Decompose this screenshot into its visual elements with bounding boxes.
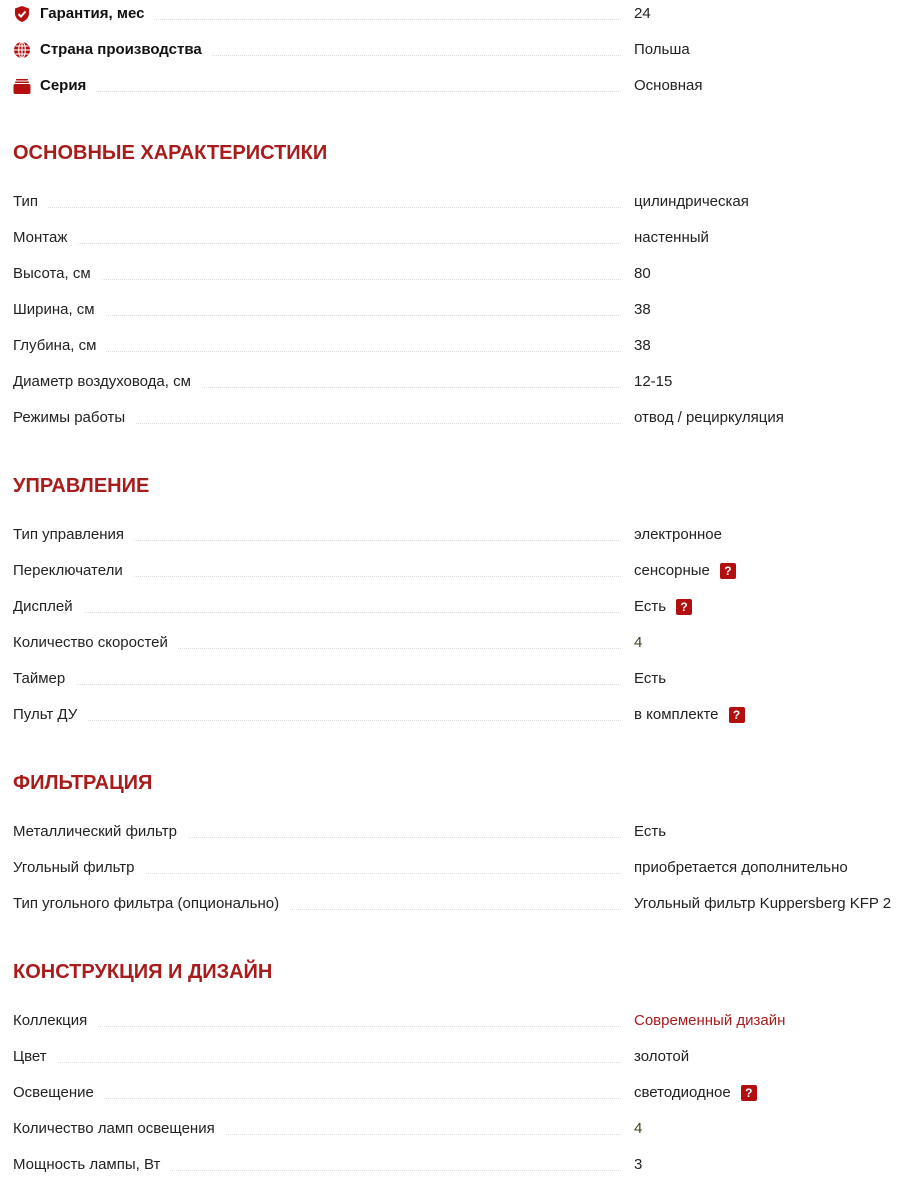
section-title: ФИЛЬТРАЦИЯ bbox=[13, 771, 152, 795]
spec-label-cell: Гарантия, мес bbox=[13, 4, 621, 24]
spec-value-cell: в комплекте? bbox=[634, 705, 745, 725]
spec-label-cell: Освещение bbox=[13, 1083, 621, 1103]
spec-label: Освещение bbox=[13, 1083, 104, 1103]
spec-label: Цвет bbox=[13, 1047, 57, 1067]
spec-label-cell: Диаметр воздуховода, см bbox=[13, 372, 621, 392]
spec-row: Цветзолотой bbox=[13, 1039, 910, 1075]
spec-value: 24 bbox=[634, 4, 651, 24]
spec-label-cell: Тип управления bbox=[13, 525, 621, 545]
spec-label-cell: Страна производства bbox=[13, 40, 621, 60]
spec-label: Монтаж bbox=[13, 228, 77, 248]
spec-value-cell: сенсорные? bbox=[634, 561, 736, 581]
spec-value-cell: 38 bbox=[634, 300, 651, 320]
spec-label-cell: Серия bbox=[13, 76, 621, 96]
spec-value-cell: Современный дизайн bbox=[634, 1011, 785, 1031]
spec-value-cell: 12-15 bbox=[634, 372, 672, 392]
spec-label-cell: Тип bbox=[13, 192, 621, 212]
collection-link[interactable]: Современный дизайн bbox=[634, 1011, 785, 1031]
spec-value-cell: Есть bbox=[634, 822, 666, 842]
spec-row: Угольный фильтрприобретается дополнитель… bbox=[13, 850, 910, 886]
spec-value: 4 bbox=[634, 633, 642, 653]
dotted-leader bbox=[13, 1098, 621, 1099]
spec-label: Количество скоростей bbox=[13, 633, 178, 653]
section-title: УПРАВЛЕНИЕ bbox=[13, 474, 149, 498]
spec-row: Освещениесветодиодное? bbox=[13, 1075, 910, 1111]
help-question-icon[interactable]: ? bbox=[729, 707, 745, 723]
dotted-leader bbox=[13, 91, 621, 92]
spec-value-cell: 4 bbox=[634, 1119, 642, 1139]
spec-value-cell: цилиндрическая bbox=[634, 192, 749, 212]
spec-label: Тип угольного фильтра (опционально) bbox=[13, 894, 289, 914]
spec-row: Переключателисенсорные? bbox=[13, 553, 910, 589]
spec-label: Глубина, см bbox=[13, 336, 106, 356]
spec-label-cell: Коллекция bbox=[13, 1011, 621, 1031]
spec-label-cell: Угольный фильтр bbox=[13, 858, 621, 878]
spec-label-cell: Дисплей bbox=[13, 597, 621, 617]
spec-label: Диаметр воздуховода, см bbox=[13, 372, 201, 392]
spec-row: Глубина, см38 bbox=[13, 328, 910, 364]
spec-value-cell: светодиодное? bbox=[634, 1083, 757, 1103]
spec-value: 12-15 bbox=[634, 372, 672, 392]
spec-value: цилиндрическая bbox=[634, 192, 749, 212]
spec-value-cell: 38 bbox=[634, 336, 651, 356]
series-stack-icon bbox=[13, 77, 31, 95]
spec-row: Тип угольного фильтра (опционально)Уголь… bbox=[13, 886, 910, 922]
spec-row: Металлический фильтрЕсть bbox=[13, 814, 910, 850]
spec-label: Страна производства bbox=[13, 40, 212, 60]
spec-label: Количество ламп освещения bbox=[13, 1119, 225, 1139]
spec-value: настенный bbox=[634, 228, 709, 248]
dotted-leader bbox=[13, 207, 621, 208]
spec-label-cell: Металлический фильтр bbox=[13, 822, 621, 842]
spec-value-cell: 4 bbox=[634, 633, 642, 653]
spec-label-cell: Пульт ДУ bbox=[13, 705, 621, 725]
spec-value-cell: приобретается дополнительно bbox=[634, 858, 848, 878]
spec-label-cell: Переключатели bbox=[13, 561, 621, 581]
spec-label-cell: Ширина, см bbox=[13, 300, 621, 320]
spec-value: светодиодное bbox=[634, 1083, 731, 1103]
spec-label-cell: Таймер bbox=[13, 669, 621, 689]
spec-label: Дисплей bbox=[13, 597, 83, 617]
spec-value: 38 bbox=[634, 300, 651, 320]
spec-value-cell: Основная bbox=[634, 76, 703, 96]
spec-value: в комплекте bbox=[634, 705, 719, 725]
spec-row: Гарантия, мес24 bbox=[13, 0, 910, 32]
help-question-icon[interactable]: ? bbox=[676, 599, 692, 615]
spec-value: приобретается дополнительно bbox=[634, 858, 848, 878]
spec-label-cell: Высота, см bbox=[13, 264, 621, 284]
help-question-icon[interactable]: ? bbox=[741, 1085, 757, 1101]
spec-value: Есть bbox=[634, 597, 666, 617]
spec-row: Типцилиндрическая bbox=[13, 184, 910, 220]
dotted-leader bbox=[13, 1062, 621, 1063]
shield-check-icon bbox=[13, 5, 31, 23]
spec-value: сенсорные bbox=[634, 561, 710, 581]
spec-label: Ширина, см bbox=[13, 300, 105, 320]
spec-label-cell: Глубина, см bbox=[13, 336, 621, 356]
spec-value: 3 bbox=[634, 1155, 642, 1175]
spec-value-cell: 24 bbox=[634, 4, 651, 24]
spec-value: 4 bbox=[634, 1119, 642, 1139]
spec-label: Угольный фильтр bbox=[13, 858, 145, 878]
section-title: КОНСТРУКЦИЯ И ДИЗАЙН bbox=[13, 960, 272, 984]
spec-label: Высота, см bbox=[13, 264, 101, 284]
spec-row: КоллекцияСовременный дизайн bbox=[13, 1003, 910, 1039]
spec-label-cell: Мощность лампы, Вт bbox=[13, 1155, 621, 1175]
spec-label-cell: Цвет bbox=[13, 1047, 621, 1067]
spec-value-cell: Есть? bbox=[634, 597, 692, 617]
spec-label-cell: Количество скоростей bbox=[13, 633, 621, 653]
spec-value-cell: 80 bbox=[634, 264, 651, 284]
spec-value-cell: отвод / рециркуляция bbox=[634, 408, 784, 428]
spec-label-cell: Тип угольного фильтра (опционально) bbox=[13, 894, 621, 914]
spec-value: 80 bbox=[634, 264, 651, 284]
spec-row: Количество ламп освещения4 bbox=[13, 1111, 910, 1147]
spec-label: Таймер bbox=[13, 669, 75, 689]
spec-label-cell: Режимы работы bbox=[13, 408, 621, 428]
spec-row: СерияОсновная bbox=[13, 68, 910, 104]
spec-row: ДисплейЕсть? bbox=[13, 589, 910, 625]
spec-row: Монтажнастенный bbox=[13, 220, 910, 256]
dotted-leader bbox=[13, 720, 621, 721]
spec-label: Тип bbox=[13, 192, 48, 212]
spec-row: Ширина, см38 bbox=[13, 292, 910, 328]
spec-label: Коллекция bbox=[13, 1011, 97, 1031]
spec-label: Тип управления bbox=[13, 525, 134, 545]
spec-label: Режимы работы bbox=[13, 408, 135, 428]
spec-value-cell: Угольный фильтр Kuppersberg KFP 2 bbox=[634, 894, 891, 914]
spec-value-cell: Есть bbox=[634, 669, 666, 689]
section-title: ОСНОВНЫЕ ХАРАКТЕРИСТИКИ bbox=[13, 141, 327, 165]
spec-label: Металлический фильтр bbox=[13, 822, 187, 842]
spec-row: Мощность лампы, Вт3 bbox=[13, 1147, 910, 1183]
spec-label: Переключатели bbox=[13, 561, 133, 581]
spec-row: Тип управленияэлектронное bbox=[13, 517, 910, 553]
spec-value: 38 bbox=[634, 336, 651, 356]
spec-value-cell: золотой bbox=[634, 1047, 689, 1067]
spec-value: Польша bbox=[634, 40, 690, 60]
spec-row: Высота, см80 bbox=[13, 256, 910, 292]
spec-value-cell: электронное bbox=[634, 525, 722, 545]
spec-label: Пульт ДУ bbox=[13, 705, 87, 725]
spec-value-cell: Польша bbox=[634, 40, 690, 60]
dotted-leader bbox=[13, 612, 621, 613]
spec-label: Гарантия, мес bbox=[13, 4, 154, 24]
globe-icon bbox=[13, 41, 31, 59]
spec-row: Диаметр воздуховода, см12-15 bbox=[13, 364, 910, 400]
spec-value-cell: 3 bbox=[634, 1155, 642, 1175]
spec-value: отвод / рециркуляция bbox=[634, 408, 784, 428]
spec-value: Есть bbox=[634, 822, 666, 842]
dotted-leader bbox=[13, 684, 621, 685]
spec-value: Есть bbox=[634, 669, 666, 689]
spec-label-cell: Количество ламп освещения bbox=[13, 1119, 621, 1139]
spec-label: Мощность лампы, Вт bbox=[13, 1155, 170, 1175]
spec-value: Основная bbox=[634, 76, 703, 96]
spec-value-cell: настенный bbox=[634, 228, 709, 248]
spec-row: Режимы работыотвод / рециркуляция bbox=[13, 400, 910, 436]
spec-row: Страна производстваПольша bbox=[13, 32, 910, 68]
spec-row: Количество скоростей4 bbox=[13, 625, 910, 661]
dotted-leader bbox=[13, 279, 621, 280]
help-question-icon[interactable]: ? bbox=[720, 563, 736, 579]
spec-row: Пульт ДУв комплекте? bbox=[13, 697, 910, 733]
spec-row: ТаймерЕсть bbox=[13, 661, 910, 697]
spec-value: электронное bbox=[634, 525, 722, 545]
spec-value: золотой bbox=[634, 1047, 689, 1067]
dotted-leader bbox=[13, 1026, 621, 1027]
spec-label-cell: Монтаж bbox=[13, 228, 621, 248]
spec-value: Угольный фильтр Kuppersberg KFP 2 bbox=[634, 894, 891, 914]
dotted-leader bbox=[13, 243, 621, 244]
